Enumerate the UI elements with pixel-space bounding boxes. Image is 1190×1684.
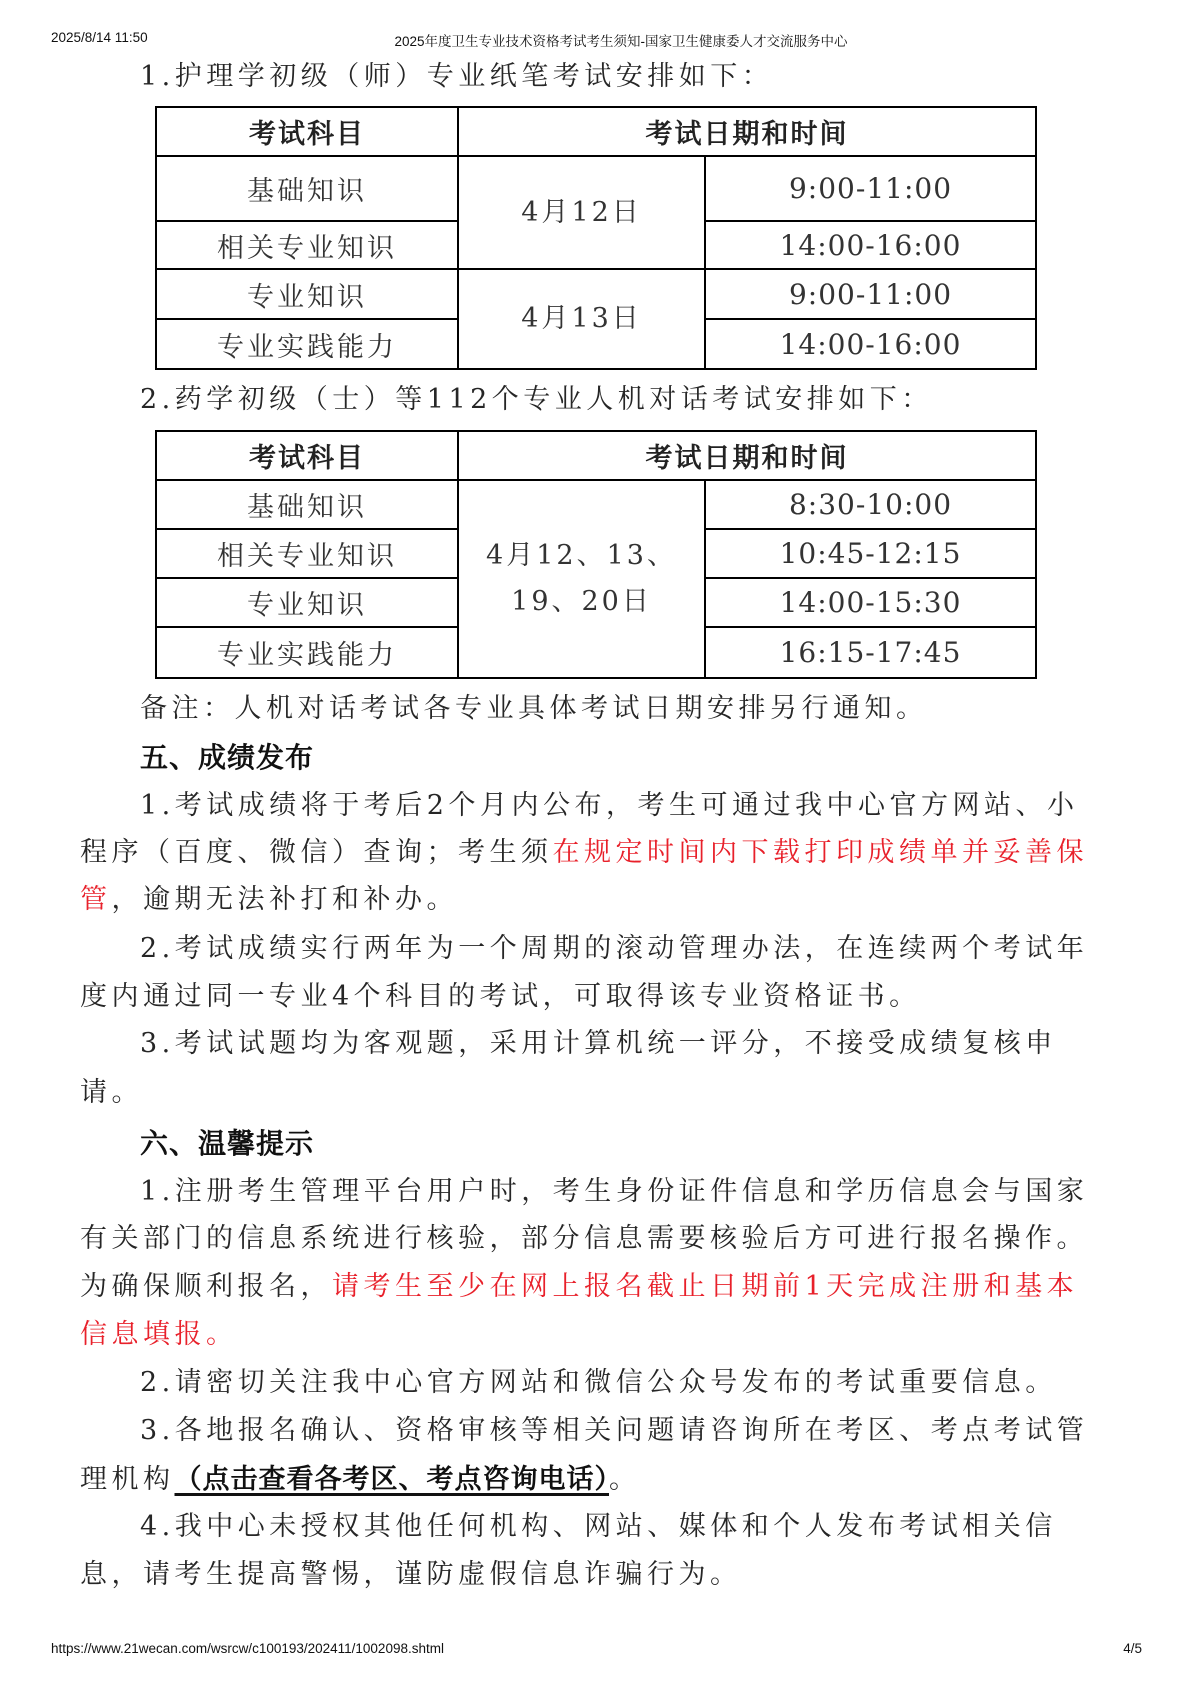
header-datetime: 考试日期和时间 [458,431,1036,480]
plain-text: 程序（百度、微信）查询；考生须 [80,837,553,868]
page-url: https://www.21wecan.com/wsrcw/c100193/20… [51,1641,444,1656]
table-row: 专业知识 4月13日 9:00-11:00 [156,269,1036,319]
plain-text: ，逾期无法补打和补办。 [112,884,459,915]
time-cell: 8:30-10:00 [705,480,1036,529]
tips-p3-line2: 理机构（点击查看各考区、考点咨询电话）。 [80,1463,1120,1497]
plain-text: 为确保顺利报名， [80,1271,332,1302]
table-header-row: 考试科目 考试日期和时间 [156,107,1036,156]
time-cell: 9:00-11:00 [705,156,1036,221]
subject-cell: 相关专业知识 [156,529,458,578]
plain-text: 。 [609,1464,641,1495]
results-p3-line2: 请。 [80,1076,1120,1110]
time-cell: 16:15-17:45 [705,627,1036,678]
tips-heading: 六、温馨提示 [140,1127,314,1161]
section1-intro: 1.护理学初级（师）专业纸笔考试安排如下： [140,60,1180,94]
results-p2-line1: 2.考试成绩实行两年为一个周期的滚动管理办法，在连续两个考试年 [140,932,1180,966]
page-title: 2025年度卫生专业技术资格考试考生须知-国家卫生健康委人才交流服务中心 [0,30,1190,50]
subject-cell: 基础知识 [156,480,458,529]
tips-p3-line1: 3.各地报名确认、资格审核等相关问题请咨询所在考区、考点考试管 [140,1414,1180,1448]
results-p1-line2: 程序（百度、微信）查询；考生须在规定时间内下载打印成绩单并妥善保 [80,836,1120,870]
consult-phone-link[interactable]: （点击查看各考区、考点咨询电话） [175,1464,610,1495]
table-row: 基础知识 4月12、13、 19、20日 8:30-10:00 [156,480,1036,529]
results-p2-line2: 度内通过同一专业4个科目的考试，可取得该专业资格证书。 [80,980,1120,1014]
date-cell: 4月12、13、 19、20日 [458,480,705,678]
note-text: 备注：人机对话考试各专业具体考试日期安排另行通知。 [140,692,1180,726]
table-row: 基础知识 4月12日 9:00-11:00 [156,156,1036,221]
time-cell: 10:45-12:15 [705,529,1036,578]
subject-cell: 基础知识 [156,156,458,221]
time-cell: 14:00-16:00 [705,221,1036,269]
print-footer: https://www.21wecan.com/wsrcw/c100193/20… [0,1641,1190,1661]
date-cell: 4月12日 [458,156,705,269]
header-datetime: 考试日期和时间 [458,107,1036,156]
tips-p1-line1: 1.注册考生管理平台用户时，考生身份证件信息和学历信息会与国家 [140,1175,1180,1209]
highlight-text: 在规定时间内下载打印成绩单并妥善保 [553,837,1089,868]
results-p3-line1: 3.考试试题均为客观题，采用计算机统一评分，不接受成绩复核申 [140,1027,1180,1061]
table-header-row: 考试科目 考试日期和时间 [156,431,1036,480]
highlight-text: 信息填报。 [80,1319,238,1350]
subject-cell: 专业知识 [156,578,458,627]
header-subject: 考试科目 [156,431,458,480]
header-subject: 考试科目 [156,107,458,156]
subject-cell: 专业知识 [156,269,458,319]
date-cell: 4月13日 [458,269,705,369]
tips-p2: 2.请密切关注我中心官方网站和微信公众号发布的考试重要信息。 [140,1366,1180,1400]
page-number: 4/5 [1123,1641,1142,1656]
nursing-exam-schedule-table: 考试科目 考试日期和时间 基础知识 4月12日 9:00-11:00 相关专业知… [155,106,1037,370]
time-cell: 14:00-16:00 [705,319,1036,369]
subject-cell: 专业实践能力 [156,627,458,678]
print-header: 2025/8/14 11:50 2025年度卫生专业技术资格考试考生须知-国家卫… [0,30,1190,50]
date-line-2: 19、20日 [459,579,704,625]
section2-intro: 2.药学初级（士）等112个专业人机对话考试安排如下： [140,383,1180,417]
results-heading: 五、成绩发布 [140,741,314,775]
tips-p1-line2: 有关部门的信息系统进行核验，部分信息需要核验后方可进行报名操作。 [80,1222,1120,1256]
tips-p4-line1: 4.我中心未授权其他任何机构、网站、媒体和个人发布考试相关信 [140,1510,1180,1544]
highlight-text: 请考生至少在网上报名截止日期前1天完成注册和基本 [332,1271,1078,1302]
tips-p1-line3: 为确保顺利报名，请考生至少在网上报名截止日期前1天完成注册和基本 [80,1270,1120,1304]
time-cell: 9:00-11:00 [705,269,1036,319]
time-cell: 14:00-15:30 [705,578,1036,627]
computer-exam-schedule-table: 考试科目 考试日期和时间 基础知识 4月12、13、 19、20日 8:30-1… [155,430,1037,679]
results-p1-line3: 管，逾期无法补打和补办。 [80,883,1120,917]
highlight-text: 管 [80,884,112,915]
tips-p4-line2: 息，请考生提高警惕，谨防虚假信息诈骗行为。 [80,1558,1120,1592]
subject-cell: 相关专业知识 [156,221,458,269]
tips-p1-line4: 信息填报。 [80,1318,1120,1352]
results-p1-line1: 1.考试成绩将于考后2个月内公布，考生可通过我中心官方网站、小 [140,789,1180,823]
date-line-1: 4月12、13、 [459,533,704,579]
plain-text: 理机构 [80,1464,175,1495]
subject-cell: 专业实践能力 [156,319,458,369]
